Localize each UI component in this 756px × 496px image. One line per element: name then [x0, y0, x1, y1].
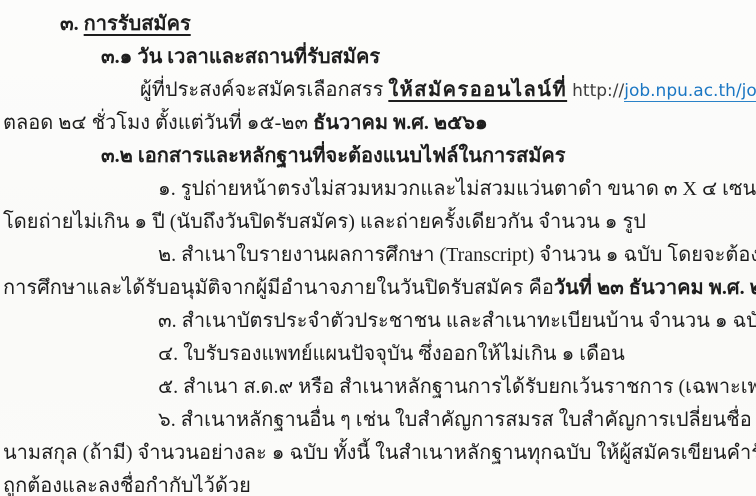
document-item-2-line1: ๒. สำเนาใบรายงานผลการศึกษา (Transcript) …: [0, 240, 756, 273]
url-scheme: http://: [572, 81, 624, 101]
apply-paragraph-line2: ตลอด ๒๔ ชั่วโมง ตั้งแต่วันที่ ๑๕-๒๓ ธันว…: [0, 108, 756, 141]
document-item-2-line2: การศึกษาและได้รับอนุมัติจากผู้มีอำนาจภาย…: [0, 273, 756, 306]
section-heading-number: ๓.: [60, 13, 79, 35]
item-3-text: ๓. สำเนาบัตรประจำตัวประชาชน และสำเนาทะเบ…: [158, 310, 756, 332]
item-6-text-line2: นามสกุล (ถ้ามี) จำนวนอย่างละ ๑ ฉบับ ทั้ง…: [3, 442, 756, 464]
apply-period-dates-bold: ธันวาคม พ.ศ. ๒๕๖๑: [313, 112, 488, 134]
section-heading: ๓. การรับสมัคร: [0, 9, 756, 42]
item-2-text-line1: ๒. สำเนาใบรายงานผลการศึกษา (Transcript) …: [158, 244, 756, 266]
apply-online-emphasis: ให้สมัครออนไลน์ที่: [388, 79, 567, 101]
document-item-1-line2: โดยถ่ายไม่เกิน ๑ ปี (นับถึงวันปิดรับสมัค…: [0, 207, 756, 240]
item-2-text-line2: การศึกษาและได้รับอนุมัติจากผู้มีอำนาจภาย…: [3, 277, 554, 299]
application-url-link[interactable]: job.npu.ac.th/job: [624, 81, 756, 102]
subsection-3-1-title: ๓.๑ วัน เวลาและสถานที่รับสมัคร: [0, 42, 756, 75]
document-item-6-line2: นามสกุล (ถ้ามี) จำนวนอย่างละ ๑ ฉบับ ทั้ง…: [0, 438, 756, 471]
scanned-document-page: ๓. การรับสมัคร ๓.๑ วัน เวลาและสถานที่รับ…: [0, 0, 756, 496]
apply-paragraph-lead: ผู้ที่ประสงค์จะสมัครเลือกสรร: [140, 79, 388, 101]
document-item-4: ๔. ใบรับรองแพทย์แผนปัจจุบัน ซึ่งออกให้ไม…: [0, 339, 756, 372]
document-item-3: ๓. สำเนาบัตรประจำตัวประชาชน และสำเนาทะเบ…: [0, 306, 756, 339]
item-1-text-line1: ๑. รูปถ่ายหน้าตรงไม่สวมหมวกและไม่สวมแว่น…: [158, 178, 756, 200]
item-6-text-line1: ๖. สำเนาหลักฐานอื่น ๆ เช่น ใบสำคัญการสมร…: [158, 409, 756, 431]
section-heading-title: การรับสมัคร: [84, 13, 191, 35]
document-item-5: ๕. สำเนา ส.ด.๙ หรือ สำเนาหลักฐานการได้รั…: [0, 372, 756, 405]
apply-period-text: ตลอด ๒๔ ชั่วโมง ตั้งแต่วันที่ ๑๕-๒๓: [3, 112, 313, 134]
item-2-deadline-bold: วันที่ ๒๓ ธันวาคม พ.ศ. ๒๕๖๑: [554, 277, 756, 299]
item-4-text: ๔. ใบรับรองแพทย์แผนปัจจุบัน ซึ่งออกให้ไม…: [158, 343, 625, 365]
item-5-text: ๕. สำเนา ส.ด.๙ หรือ สำเนาหลักฐานการได้รั…: [158, 376, 756, 398]
subsection-3-1-title-text: ๓.๑ วัน เวลาและสถานที่รับสมัคร: [101, 46, 380, 68]
document-item-6-line1: ๖. สำเนาหลักฐานอื่น ๆ เช่น ใบสำคัญการสมร…: [0, 405, 756, 438]
subsection-3-2-title-text: ๓.๒ เอกสารและหลักฐานที่จะต้องแนบไฟล์ในกา…: [101, 145, 566, 167]
subsection-3-2-title: ๓.๒ เอกสารและหลักฐานที่จะต้องแนบไฟล์ในกา…: [0, 141, 756, 174]
item-1-text-line2: โดยถ่ายไม่เกิน ๑ ปี (นับถึงวันปิดรับสมัค…: [3, 211, 646, 233]
document-item-1-line1: ๑. รูปถ่ายหน้าตรงไม่สวมหมวกและไม่สวมแว่น…: [0, 174, 756, 207]
apply-paragraph-line1: ผู้ที่ประสงค์จะสมัครเลือกสรร ให้สมัครออน…: [0, 75, 756, 108]
item-6-text-line3: ถูกต้องและลงชื่อกำกับไว้ด้วย: [3, 475, 251, 496]
document-item-6-line3: ถูกต้องและลงชื่อกำกับไว้ด้วย: [0, 471, 756, 496]
